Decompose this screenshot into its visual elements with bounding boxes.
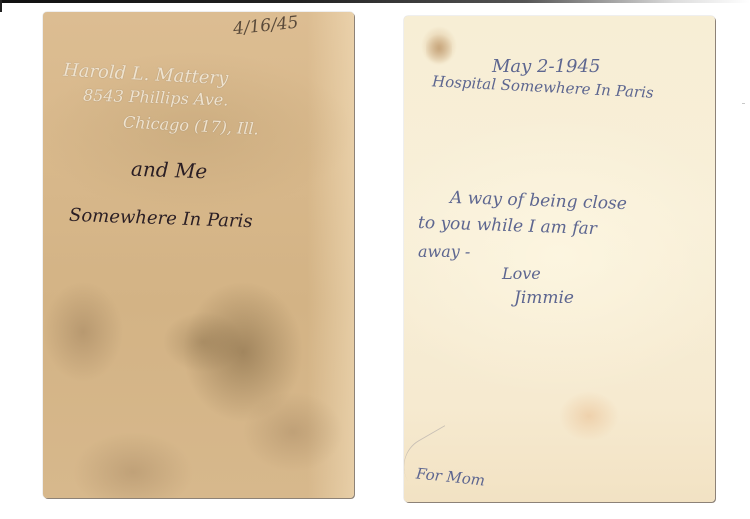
stamp-mark <box>426 32 452 66</box>
left-date: 4/16/45 <box>232 13 299 40</box>
address-line-city: Chicago (17), Ill. <box>123 112 260 138</box>
right-date: May 2-1945 <box>492 56 600 77</box>
pencil-corner-line <box>404 425 475 502</box>
scan-top-border <box>0 0 750 3</box>
scan-left-edge <box>0 0 2 12</box>
signature: Jimmie <box>514 288 574 308</box>
message-line-2: to you while I am far <box>418 213 597 239</box>
scan-artifact <box>742 103 745 104</box>
address-line-street: 8543 Phillips Ave. <box>83 85 229 109</box>
closing: Love <box>502 264 541 283</box>
left-note: and Me <box>131 157 208 184</box>
message-line-1: A way of being close <box>450 188 627 214</box>
left-caption: Somewhere In Paris <box>69 205 253 232</box>
photo-back-right: May 2-1945 Hospital Somewhere In Paris A… <box>404 16 715 502</box>
message-line-3: away - <box>418 242 470 261</box>
photo-back-left: 4/16/45 Harold L. Mattery 8543 Phillips … <box>43 12 354 498</box>
